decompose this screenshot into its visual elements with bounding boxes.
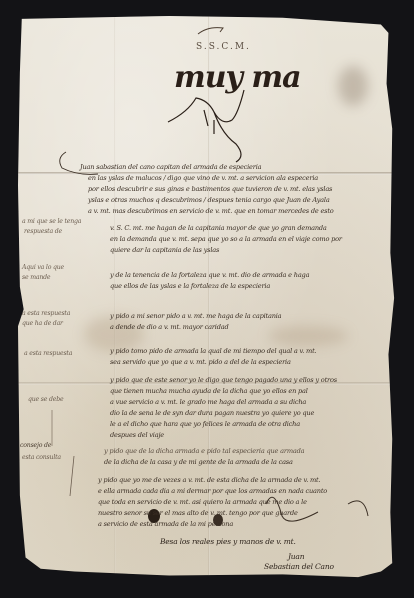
margin-note: a esta respuesta [22,310,70,317]
body-line: y pido a mi senor pido a v. mt. me haga … [110,311,281,321]
body-line: Juan sabastian del cano capitan del arma… [80,162,261,172]
body-line: que ellos de las yslas e la fortaleza de… [110,281,270,291]
signature-name: Sebastian del Cano [264,562,334,571]
photograph-scene: S.S.C.M. muy ma Juan sabastian del cano … [0,0,414,598]
body-line: que toda en servicio de v. mt. asi quier… [98,497,307,507]
body-line: por ellos descubrir e sus ginas e bastim… [88,184,332,194]
signature-first-name: Juan [288,552,304,561]
body-line: y pido que de este senor yo le digo que … [110,375,337,385]
margin-note: que se debe [28,396,63,403]
body-line: e ella armada cada dia a mi dermar por q… [98,486,327,496]
margin-note: se mande [22,274,50,281]
body-line: a v. mt. mas descubrimos en servicio de … [88,206,334,216]
body-line: y de la tenencia de la fortaleza que v. … [110,270,309,280]
margin-note: que ha de dar [22,320,63,327]
closing-line: Besa los reales pies y manos de v. mt. [160,537,296,546]
body-line: y pido que yo me de vezes a v. mt. de es… [98,475,320,485]
body-line: en las yslas de malucos / digo que vino … [88,173,318,183]
manuscript-page: S.S.C.M. muy ma Juan sabastian del cano … [18,16,396,580]
body-line: a dende de dio a v. mt. mayor caridad [110,322,228,332]
body-line: v. S. C. mt. me hagan de la capitania ma… [110,223,327,233]
body-line: a vue servicio a v. mt. le grado me haga… [110,397,306,407]
margin-note: respuesta de [24,228,62,235]
body-line: a servicio de esta armada de la mi perso… [98,519,233,529]
body-line: nuestro senor su ser el mas alto de v. m… [98,508,298,518]
body-line: quiere dar la capitania de las yslas [110,245,219,255]
margin-note: a mi que se le tenga [22,218,81,225]
body-line: y pido tomo pido de armada la qual de mi… [110,346,316,356]
margin-note: a esta respuesta [24,350,72,357]
margin-note: Aqui va lo que [22,264,64,271]
body-line: de la dicha de la casa y de mi gente de … [104,457,293,467]
body-line: le a el dicho que hara que yo felices le… [110,419,300,429]
body-line: que tienen mucha mucha ayuda de la dicha… [110,386,308,396]
body-line: en la demanda que v. mt. sepa que yo so … [110,234,342,244]
body-line: dio la de sena le de syn dar dura pagan … [110,408,314,418]
margin-note: consejo de [20,442,51,449]
body-line: sea servido que yo que a v. mt. pido a d… [110,357,291,367]
body-line: y pido que de la dicha armada e pido tal… [104,446,304,456]
body-line: yslas e otras muchos q descubrimos / des… [88,195,330,205]
body-line: despues del viaje [110,430,164,440]
margin-note: esta consulta [22,454,61,461]
